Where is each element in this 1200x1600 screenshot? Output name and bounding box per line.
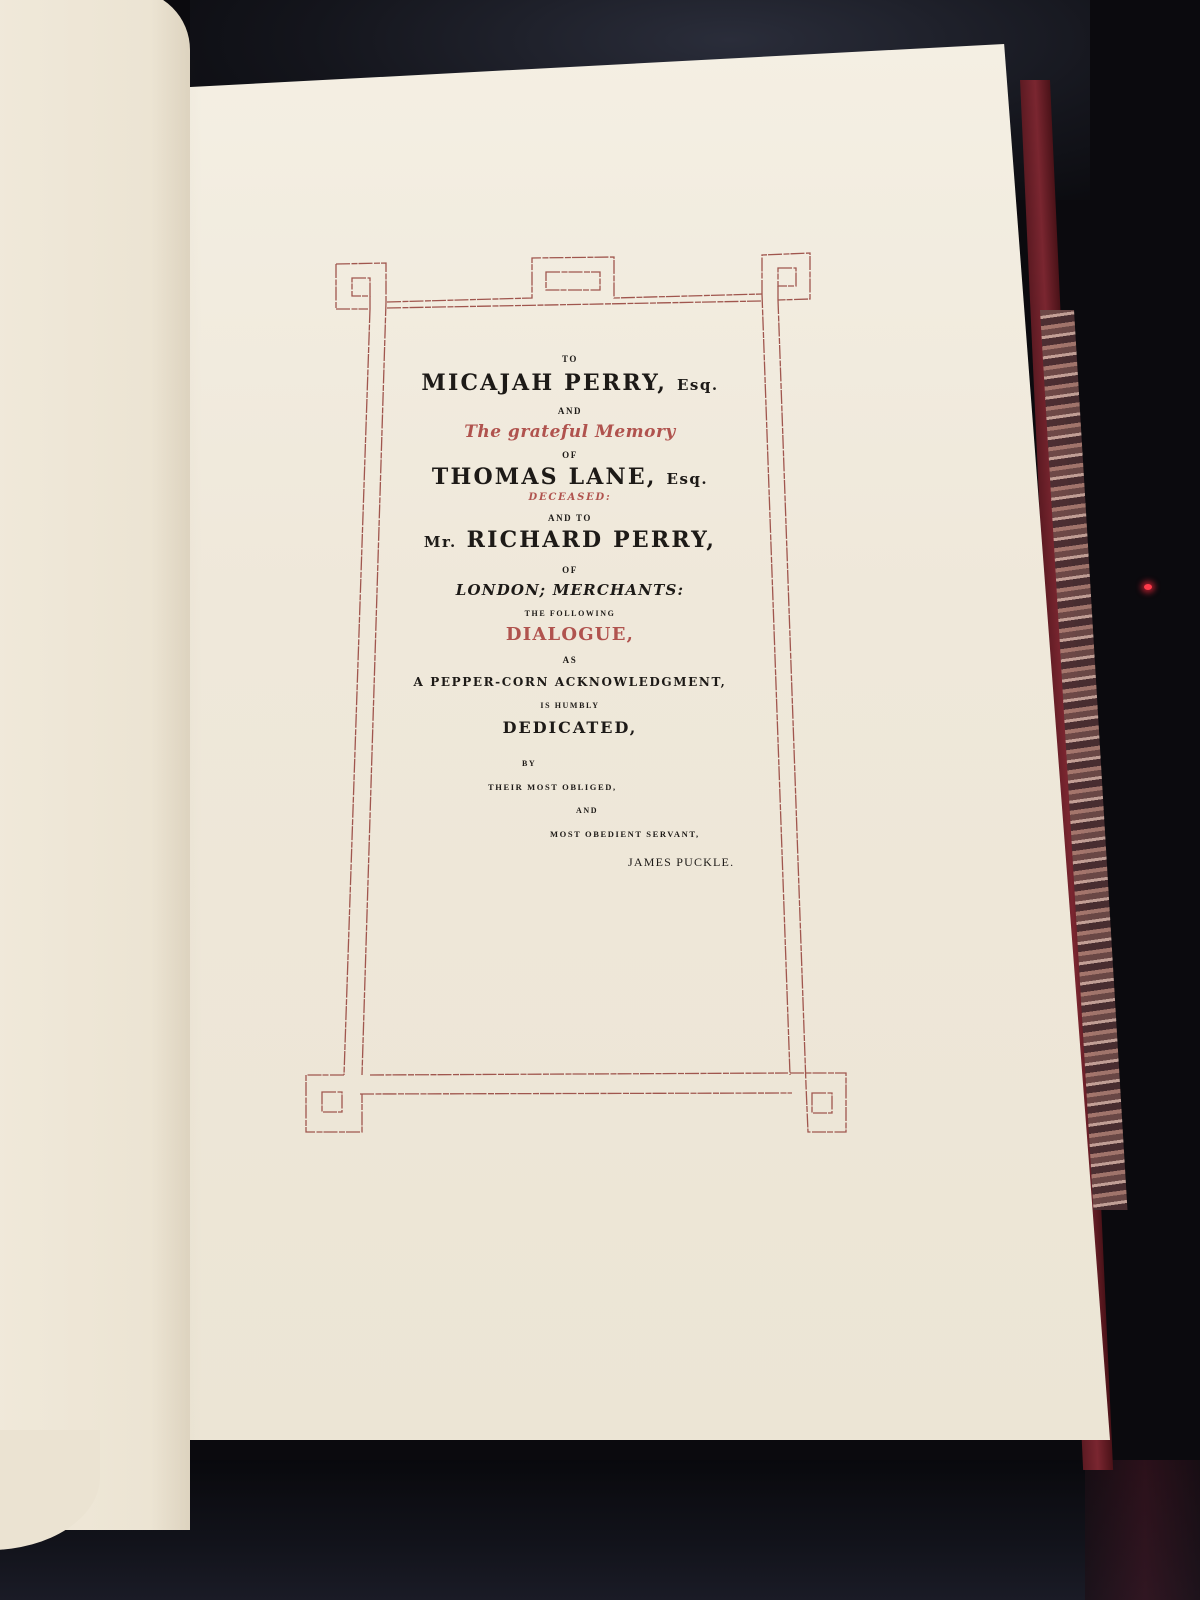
deceased-line: DECEASED: <box>380 492 760 503</box>
servant-line: MOST OBEDIENT SERVANT, <box>380 829 760 839</box>
recipient1-name: MICAJAH PERRY, <box>421 370 667 396</box>
recipient3-prefix: Mr. <box>424 533 457 551</box>
the-following-line: THE FOLLOWING <box>380 609 760 618</box>
recipient2-name: THOMAS LANE, <box>432 464 657 490</box>
dedication-text: TO MICAJAH PERRY, Esq. AND The grateful … <box>380 340 760 870</box>
dedicated-line: DEDICATED, <box>380 718 760 737</box>
acknowledgment-line: A PEPPER-CORN ACKNOWLEDGMENT, <box>380 675 760 689</box>
and-line-2: AND <box>380 806 760 815</box>
of-line: OF <box>380 450 760 460</box>
recipient3-name: RICHARD PERRY, <box>467 527 717 553</box>
as-line: AS <box>380 655 760 665</box>
and-to-line: AND TO <box>380 513 760 523</box>
recipient2-title: Esq. <box>667 470 709 488</box>
recipient-richard-perry: Mr. RICHARD PERRY, <box>380 527 760 553</box>
of-line-2: OF <box>380 565 760 575</box>
recipient-thomas-lane: THOMAS LANE, Esq. <box>380 464 760 490</box>
recipient1-title: Esq. <box>677 376 719 394</box>
location-line: LONDON; MERCHANTS: <box>380 581 760 599</box>
signature-james-puckle: JAMES PUCKLE. <box>380 855 760 870</box>
work-title-dialogue: DIALOGUE, <box>380 624 760 645</box>
is-humbly-line: IS HUMBLY <box>380 701 760 710</box>
to-line: TO <box>380 354 760 364</box>
grateful-memory-line: The grateful Memory <box>380 422 760 442</box>
by-line: BY <box>380 759 760 768</box>
and-line: AND <box>380 406 760 416</box>
recipient-micajah-perry: MICAJAH PERRY, Esq. <box>380 370 760 396</box>
their-most-obliged-line: THEIR MOST OBLIGED, <box>380 782 760 792</box>
